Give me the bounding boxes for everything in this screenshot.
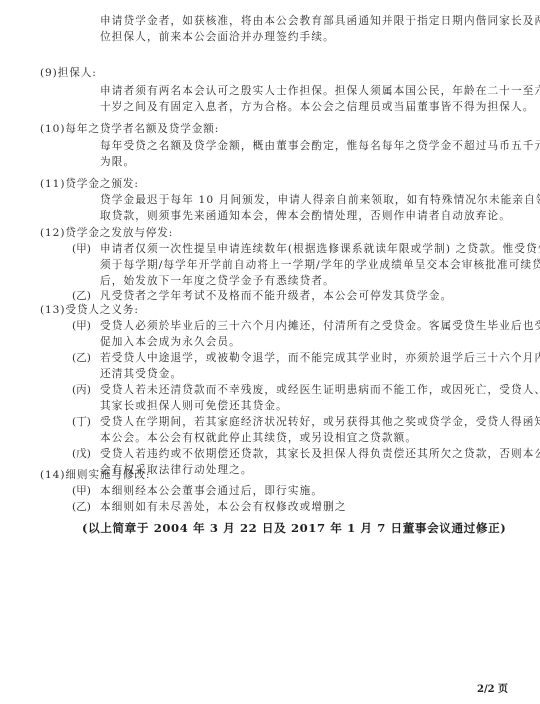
- section-14-b-line-1: 本细则如有未尽善处，本公会有权修改或增删之: [100, 500, 347, 514]
- section-11-heading: (11)贷学金之颁发:: [40, 177, 139, 191]
- section-title: 贷学金之颁发:: [65, 178, 138, 190]
- section-14-heading: (14)细则实施与修改:: [40, 468, 150, 482]
- section-13-b-line-2: 还清其受贷金。: [100, 367, 182, 381]
- section-12-a-line-3: 后，始发放下一年度之贷学金予有悉续贷者。: [100, 274, 335, 288]
- section-number: (10): [40, 123, 65, 135]
- item-marker: (戊): [72, 447, 91, 461]
- item-marker: (乙): [72, 351, 91, 365]
- section-14-a-line-1: 本细则经本公会董事会通过后，即行实施。: [100, 484, 323, 498]
- section-number: (14): [40, 469, 65, 481]
- section-title: 每年之贷学者名额及贷学金额:: [65, 123, 219, 135]
- intro-line-1: 申请贷学金者，如获核准，将由本公会教育部具函通知并限于指定日期内偕同家长及两: [100, 14, 540, 28]
- section-11-line-1: 贷学金最迟于每年 10 月间颁发，申请人得亲自前来领取，如有特殊情况尔未能亲自领: [100, 193, 540, 207]
- section-13-b-line-1: 若受贷人中途退学，或被勒令退学，而不能完成其学业时，亦须於退学后三十六个月内: [100, 351, 540, 365]
- section-12-b-line-1: 凡受贷者之学年考试不及格而不能升级者，本公会可停发其贷学金。: [100, 289, 452, 303]
- page-number: 2/2 页: [477, 680, 508, 695]
- section-9-heading: (9)担保人:: [40, 66, 97, 80]
- item-marker: (丁): [72, 415, 91, 429]
- section-9-line-1: 申请者须有两名本会认可之殷实人士作担保。担保人须属本国公民，年龄在二十一至六: [100, 84, 540, 98]
- section-number: (11): [40, 178, 65, 190]
- item-marker: (甲): [72, 319, 91, 333]
- section-number: (13): [40, 304, 65, 316]
- section-11-line-2: 取贷款，则须事先来函通知本会，俾本会酌情处理，否则作申请者自动放弃论。: [100, 209, 511, 223]
- section-number: (12): [40, 227, 65, 239]
- item-marker: (乙): [72, 289, 91, 303]
- section-title: 细则实施与修改:: [65, 469, 150, 481]
- section-10-line-2: 为限。: [100, 155, 135, 169]
- item-marker: (甲): [72, 484, 91, 498]
- section-13-c-line-2: 其家长或担保人则可免偿还其贷金。: [100, 399, 288, 413]
- section-title: 贷学金之发放与停发:: [65, 227, 173, 239]
- intro-line-2: 位担保人，前来本公会面洽并办理签约手续。: [100, 30, 335, 44]
- section-13-d-line-1: 受贷人在学期间，若其家庭经济状况转好，或另获得其他之奖或贷学金，受贷人得函知: [100, 415, 540, 429]
- section-title: 受贷人之义务:: [65, 304, 138, 316]
- item-marker: (甲): [72, 242, 91, 256]
- section-13-d-line-2: 本公会。本公会有权就此停止其续贷，或另设相宜之贷款额。: [100, 431, 417, 445]
- section-13-a-line-1: 受贷人必须於毕业后的三十六个月内摊还，付清所有之受贷金。客属受贷生毕业后也受: [100, 319, 540, 333]
- section-12-heading: (12)贷学金之发放与停发:: [40, 226, 173, 240]
- section-12-a-line-2: 须于每学期/每学年开学前自动将上一学期/学年的学业成绩单呈交本会审核批准可续贷: [100, 258, 540, 272]
- amendment-note: (以上简章于 2004 年 3 月 22 日及 2017 年 1 月 7 日董事…: [82, 520, 506, 536]
- document-page: 申请贷学金者，如获核准，将由本公会教育部具函通知并限于指定日期内偕同家长及两 位…: [0, 0, 540, 704]
- section-13-a-line-2: 促加入本会成为永久会员。: [100, 335, 241, 349]
- section-13-c-line-1: 受贷人若未还清贷款而不幸残废，或经医生证明患病而不能工作，或因死亡，受贷人、: [100, 383, 540, 397]
- item-marker: (乙): [72, 500, 91, 514]
- section-12-a-line-1: 申请者仅须一次性提呈申请连续数年(根据选修课系就读年限或学制) 之贷款。惟受贷生: [100, 242, 540, 256]
- section-9-line-2: 十岁之间及有固定入息者，方为合格。本公会之信理员或当届董事皆不得为担保人。: [100, 100, 535, 114]
- section-10-heading: (10)每年之贷学者名额及贷学金额:: [40, 122, 219, 136]
- section-13-heading: (13)受贷人之义务:: [40, 303, 139, 317]
- section-title: 担保人:: [58, 67, 97, 79]
- section-number: (9): [40, 67, 58, 79]
- item-marker: (丙): [72, 383, 91, 397]
- section-10-line-1: 每年受贷之名额及贷学金额，概由董事会酌定，惟每名每年之贷学金不超过马币五千元: [100, 139, 540, 153]
- section-13-e-line-1: 受贷人若违约或不依期偿还贷款，其家长及担保人得负责偿还其所欠之贷款，否则本公: [100, 447, 540, 461]
